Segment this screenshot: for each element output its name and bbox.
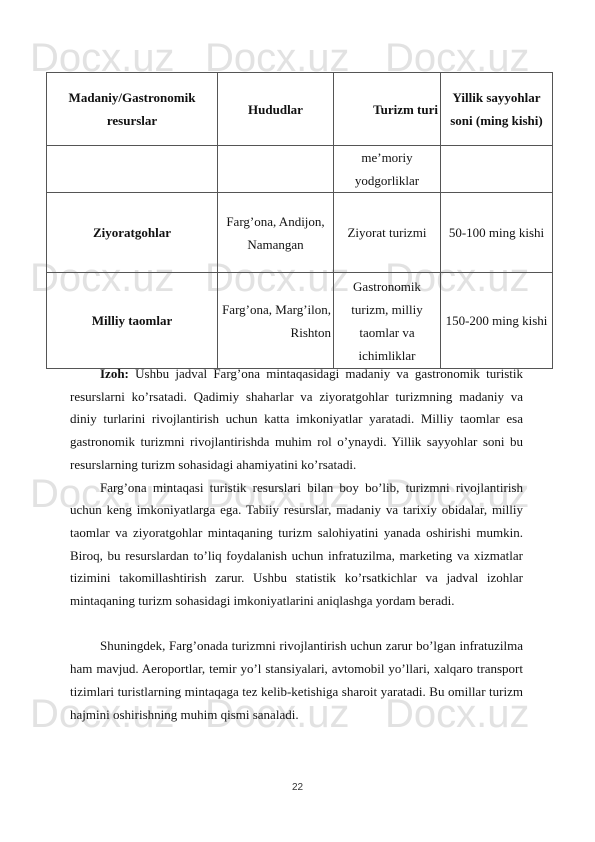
page-number: 22 xyxy=(0,782,595,793)
resources-table: Madaniy/Gastronomik resurslar Hududlar T… xyxy=(46,72,553,369)
cell-visitors: 50-100 ming kishi xyxy=(441,193,553,273)
document-page: Madaniy/Gastronomik resurslar Hududlar T… xyxy=(0,0,595,842)
cell-resource: Milliy taomlar xyxy=(47,273,218,369)
header-tourism-type: Turizm turi xyxy=(334,73,441,146)
note-label: Izoh: xyxy=(100,366,129,381)
note-text: Ushbu jadval Farg’ona mintaqasidagi mada… xyxy=(70,366,523,472)
paragraph: Farg’ona mintaqasi turistik resurslari b… xyxy=(70,477,523,613)
table-row: Ziyoratgohlar Farg’ona, Andijon, Namanga… xyxy=(47,193,553,273)
cell-regions xyxy=(218,146,334,193)
cell-visitors: 150-200 ming kishi xyxy=(441,273,553,369)
cell-tourism-type: Gastronomik turizm, milliy taomlar va ic… xyxy=(334,273,441,369)
table-header-row: Madaniy/Gastronomik resurslar Hududlar T… xyxy=(47,73,553,146)
cell-resource xyxy=(47,146,218,193)
header-regions: Hududlar xyxy=(218,73,334,146)
cell-regions: Farg’ona, Marg’ilon, Rishton xyxy=(218,273,334,369)
body-text: Izoh: Ushbu jadval Farg’ona mintaqasidag… xyxy=(70,363,523,726)
table-note-paragraph: Izoh: Ushbu jadval Farg’ona mintaqasidag… xyxy=(70,363,523,477)
cell-regions: Farg’ona, Andijon, Namangan xyxy=(218,193,334,273)
cell-visitors xyxy=(441,146,553,193)
cell-tourism-type: me’moriy yodgorliklar xyxy=(334,146,441,193)
table-row: Milliy taomlar Farg’ona, Marg’ilon, Rish… xyxy=(47,273,553,369)
paragraph: Shuningdek, Farg’onada turizmni rivojlan… xyxy=(70,635,523,726)
header-resources: Madaniy/Gastronomik resurslar xyxy=(47,73,218,146)
table-row: me’moriy yodgorliklar xyxy=(47,146,553,193)
cell-tourism-type: Ziyorat turizmi xyxy=(334,193,441,273)
cell-resource: Ziyoratgohlar xyxy=(47,193,218,273)
header-annual-visitors: Yillik sayyohlar soni (ming kishi) xyxy=(441,73,553,146)
